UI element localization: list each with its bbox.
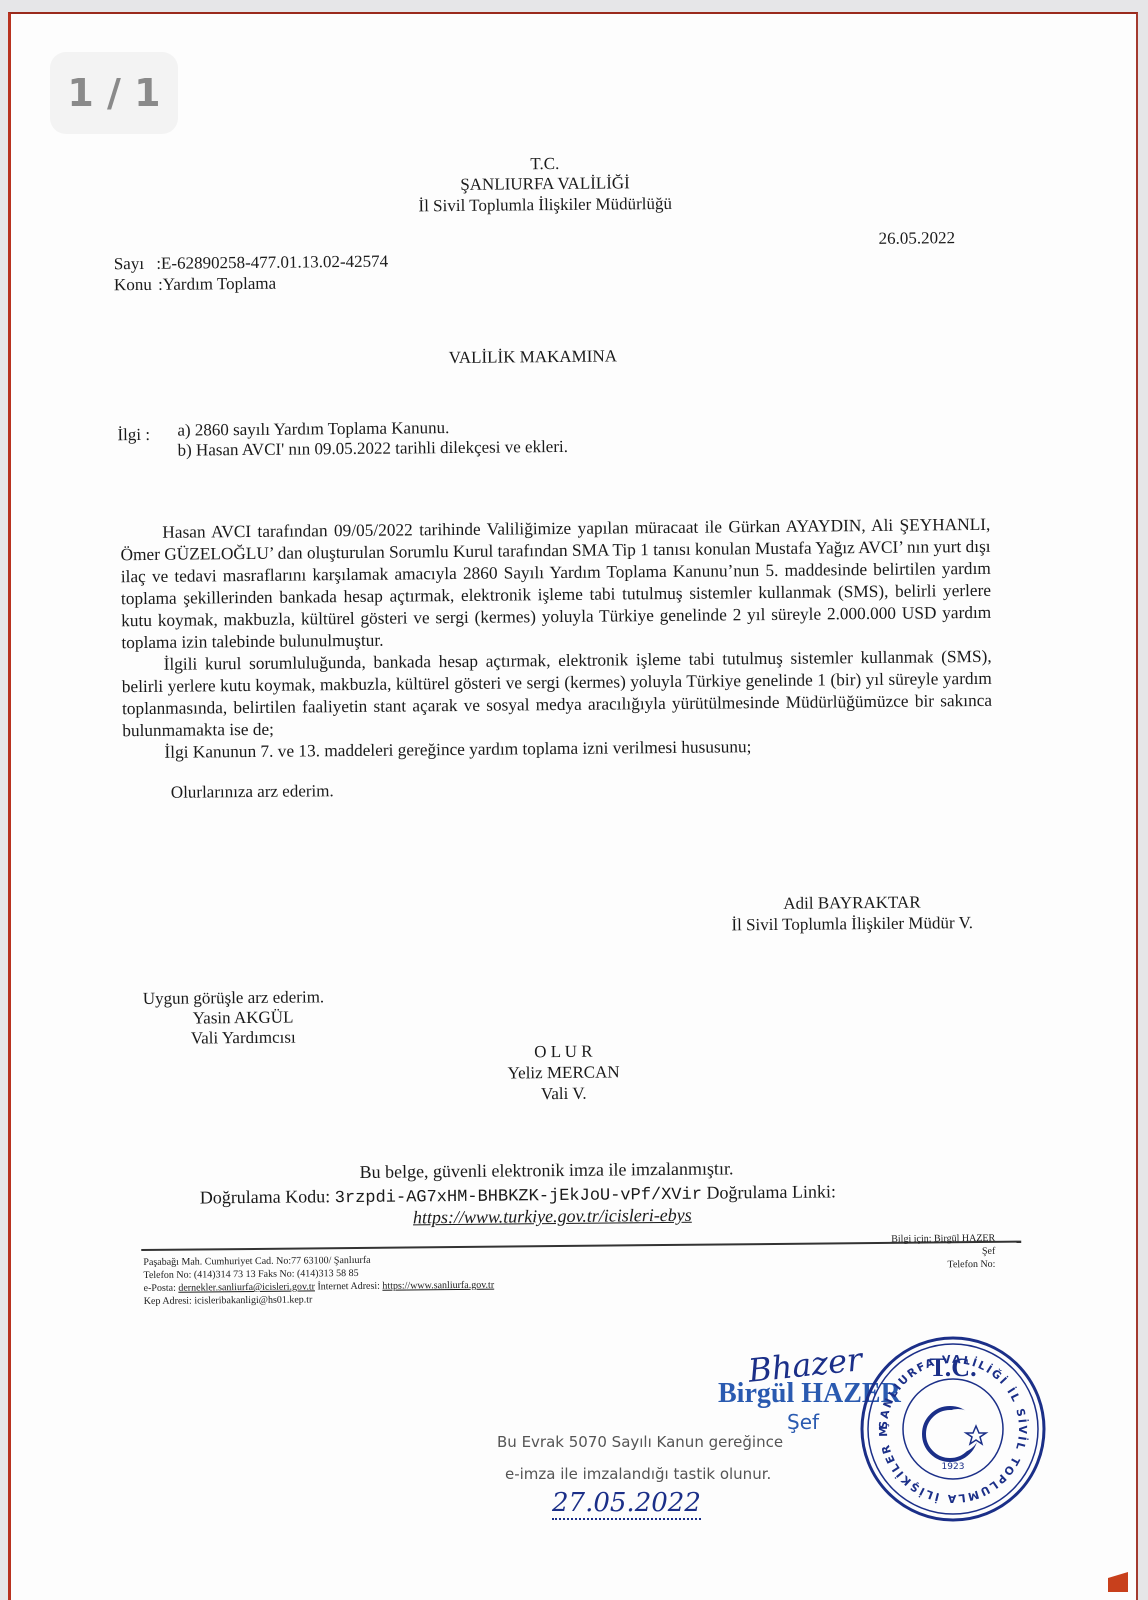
footer-email-label: e-Posta:: [144, 1283, 176, 1294]
signatory-1-title: İl Sivil Toplumla İlişkiler Müdür V.: [702, 912, 1002, 936]
sayi-row: Sayı :E-62890258-477.01.13.02-42574: [114, 251, 389, 275]
approval-label: O L U R: [463, 1040, 663, 1063]
konu-value: :Yardım Toplama: [158, 274, 276, 294]
certification-line-2: e-imza ile imzalandığı tastik olunur.: [505, 1465, 771, 1483]
konu-row: Konu :Yardım Toplama: [114, 273, 276, 296]
body-paragraph-1: Hasan AVCI tarafından 09/05/2022 tarihin…: [120, 514, 991, 654]
body-paragraph-2: İlgili kurul sorumluluğunda, bankada hes…: [122, 646, 993, 742]
verification-code-label: Doğrulama Kodu:: [200, 1186, 331, 1207]
header-department: İl Sivil Toplumla İlişkiler Müdürlüğü: [345, 193, 745, 217]
verification-link-label: Doğrulama Linki:: [706, 1181, 836, 1202]
header-institution: ŞANLIURFA VALİLİĞİ: [345, 172, 745, 196]
konu-label: Konu: [114, 275, 152, 294]
e-signature-statement: Bu belge, güvenli elektronik imza ile im…: [359, 1158, 733, 1183]
sayi-label: Sayı: [114, 254, 144, 273]
svg-text:1923: 1923: [942, 1462, 965, 1472]
signatory-1-name: Adil BAYRAKTAR: [702, 891, 1002, 915]
document-date: 26.05.2022: [878, 227, 955, 249]
approval-title: Vali V.: [464, 1082, 664, 1105]
addressee: VALİLİK MAKAMINA: [449, 345, 617, 368]
svg-text:T.C.: T.C.: [929, 1353, 976, 1382]
footer-info-phone: Telefon No:: [845, 1258, 995, 1272]
sayi-value: :E-62890258-477.01.13.02-42574: [156, 252, 388, 273]
seal-icon: ŞANLIURFA VALİLİĞİ İL SİVİL TOPLUMLA İLİ…: [858, 1334, 1048, 1524]
stamp-title: Şef: [787, 1410, 819, 1434]
footer-web-label: İnternet Adresi:: [317, 1281, 380, 1293]
footer-kep: Kep Adresi: icisleribakanligi@hs01.kep.t…: [144, 1293, 313, 1308]
certification-line-1: Bu Evrak 5070 Sayılı Kanun gereğince: [497, 1433, 783, 1451]
footer-contact: e-Posta: dernekler.sanliurfa@icisleri.go…: [144, 1279, 495, 1295]
handwritten-date: 27.05.2022: [552, 1488, 701, 1520]
footer-web-link[interactable]: https://www.sanliurfa.gov.tr: [382, 1280, 494, 1292]
footer-email-link[interactable]: dernekler.sanliurfa@icisleri.gov.tr: [178, 1281, 315, 1293]
ilgi-item-b: b) Hasan AVCI' nın 09.05.2022 tarihli di…: [177, 436, 568, 461]
official-seal: ŞANLIURFA VALİLİĞİ İL SİVİL TOPLUMLA İLİ…: [858, 1334, 1048, 1524]
verification-row: Doğrulama Kodu: 3rzpdi-AG7xHM-BHBKZK-jEk…: [200, 1181, 836, 1209]
verification-link[interactable]: https://www.turkiye.gov.tr/icisleri-ebys: [413, 1205, 692, 1229]
signatory-2-title: Vali Yardımcısı: [143, 1026, 343, 1049]
approval-name: Yeliz MERCAN: [463, 1061, 663, 1084]
ilgi-label: İlgi :: [117, 424, 150, 445]
body-text: Hasan AVCI tarafından 09/05/2022 tarihin…: [120, 514, 992, 764]
closing-line: Olurlarınıza arz ederim.: [171, 780, 334, 803]
